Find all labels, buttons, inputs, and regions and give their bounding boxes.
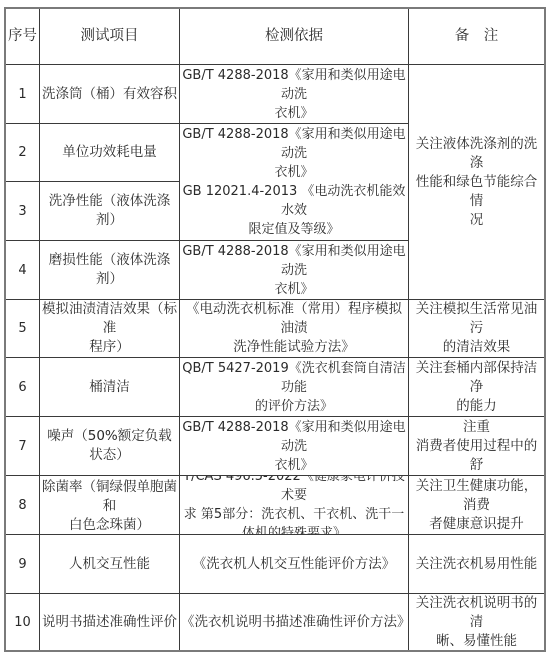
- row-5-item: 模拟油渍清洁效果（标准 程序）: [40, 300, 179, 357]
- row-10-no: 10: [6, 594, 39, 650]
- header-no: 序号: [6, 9, 39, 64]
- row-9-no: 9: [6, 535, 39, 593]
- row-9-item: 人机交互性能: [40, 535, 179, 593]
- test-items-table: 序号 测试项目 检测依据 备 注 1 洗涤筒（桶）有效容积 GB/T 4288-…: [4, 7, 546, 652]
- row-1-no: 1: [6, 65, 39, 123]
- row-9-note: 关注洗衣机易用性能: [409, 535, 544, 593]
- header-note: 备 注: [409, 9, 544, 64]
- row-5-note: 关注模拟生活常见油污 的清洁效果: [409, 300, 544, 357]
- row-10-note: 关注洗衣机说明书的清 晰、易懂性能: [409, 594, 544, 650]
- row-3-no: 3: [6, 182, 39, 240]
- row-7-no: 7: [6, 417, 39, 475]
- row-5-basis: 《电动洗衣机标准（常用）程序模拟油渍 洗净性能试验方法》: [180, 300, 408, 357]
- row-4-basis: GB/T 4288-2018《家用和类似用途电动洗 衣机》: [180, 241, 408, 299]
- row-5-no: 5: [6, 300, 39, 357]
- row-8-basis: T/CAS 496.5-2022《健康家电评价技术要 求 第5部分：洗衣机、干衣…: [180, 476, 408, 534]
- row-7-item: 噪声（50%额定负载状态）: [40, 417, 179, 475]
- row-10-item: 说明书描述准确性评价: [40, 594, 179, 650]
- row-4-item: 磨损性能（液体洗涤剂）: [40, 241, 179, 299]
- header-test-item: 测试项目: [40, 9, 179, 64]
- row-8-no: 8: [6, 476, 39, 534]
- row-6-basis: QB/T 5427-2019《洗衣机套筒自清洁功能 的评价方法》: [180, 358, 408, 416]
- row-2-no: 2: [6, 124, 39, 181]
- merged-basis-rows-2-3: GB/T 4288-2018《家用和类似用途电动洗 衣机》 GB 12021.4…: [180, 124, 408, 240]
- row-3-item: 洗净性能（液体洗涤剂）: [40, 182, 179, 240]
- row-6-no: 6: [6, 358, 39, 416]
- row-1-item: 洗涤筒（桶）有效容积: [40, 65, 179, 123]
- row-9-basis: 《洗衣机人机交互性能评价方法》: [180, 535, 408, 593]
- row-2-item: 单位功效耗电量: [40, 124, 179, 181]
- row-6-item: 桶清洁: [40, 358, 179, 416]
- row-7-basis: GB/T 4288-2018《家用和类似用途电动洗 衣机》: [180, 417, 408, 475]
- header-basis: 检测依据: [180, 9, 408, 64]
- row-1-basis: GB/T 4288-2018《家用和类似用途电动洗 衣机》: [180, 65, 408, 123]
- row-6-note: 关注套桶内部保持洁净 的能力: [409, 358, 544, 416]
- row-10-basis: 《洗衣机说明书描述准确性评价方法》: [180, 594, 408, 650]
- merged-note-rows-1-4: 关注液体洗涤剂的洗涤 性能和绿色节能综合情 况: [409, 65, 544, 299]
- row-4-no: 4: [6, 241, 39, 299]
- row-7-note: 关注脱水噪声情况，注重 消费者使用过程中的舒 适体验: [409, 417, 544, 475]
- row-8-note: 关注卫生健康功能，消费 者健康意识提升: [409, 476, 544, 534]
- row-8-item: 除菌率（铜绿假单胞菌和 白色念珠菌）: [40, 476, 179, 534]
